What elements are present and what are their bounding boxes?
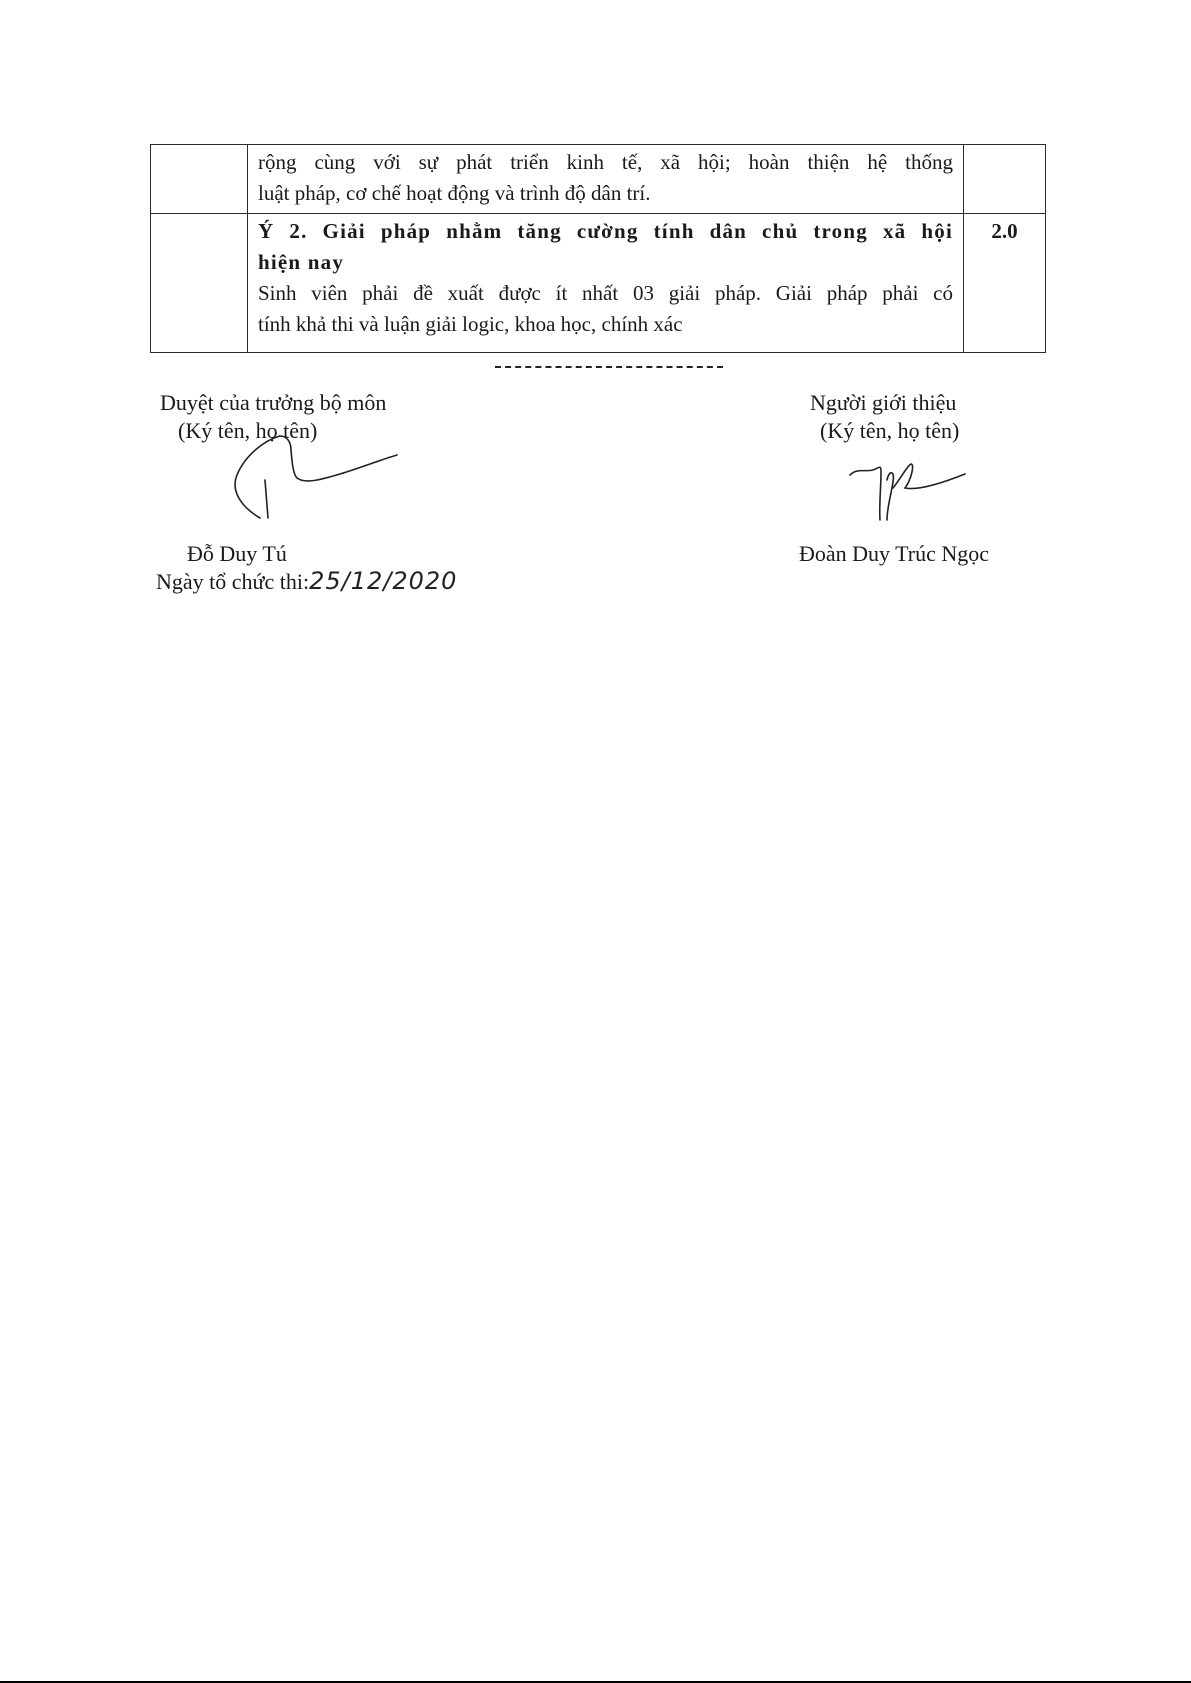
table-row: rộng cùng với sự phát triển kinh tế, xã … — [151, 145, 1046, 214]
table-cell-section — [151, 214, 248, 353]
content-line: rộng cùng với sự phát triển kinh tế, xã … — [258, 147, 953, 178]
content-line: Sinh viên phải đề xuất được ít nhất 03 g… — [258, 278, 953, 309]
approver-name: Đỗ Duy Tú — [187, 540, 287, 568]
score-value: 2.0 — [964, 214, 1045, 244]
table-row: Ý 2. Giải pháp nhằm tăng cường tính dân … — [151, 214, 1046, 353]
presenter-signature-icon — [845, 460, 995, 530]
content-line: tính khả thi và luận giải logic, khoa họ… — [258, 309, 953, 340]
presenter-name: Đoàn Duy Trúc Ngọc — [799, 540, 989, 568]
table-cell-score — [964, 145, 1046, 214]
exam-date: Ngày tổ chức thi:25/12/2020 — [156, 567, 457, 596]
grading-table: rộng cùng với sự phát triển kinh tế, xã … — [150, 144, 1046, 353]
score-value — [964, 145, 1045, 150]
presenter-title: Người giới thiệu — [810, 389, 956, 417]
section-heading: Ý 2. Giải pháp nhằm tăng cường tính dân … — [258, 216, 953, 247]
table-cell-section — [151, 145, 248, 214]
section-heading: hiện nay — [258, 247, 953, 278]
content-line: luật pháp, cơ chế hoạt động và trình độ … — [258, 178, 953, 209]
section-separator — [495, 366, 723, 368]
document-page: rộng cùng với sự phát triển kinh tế, xã … — [0, 0, 1191, 1683]
exam-date-label: Ngày tổ chức thi: — [156, 569, 309, 594]
table-cell-content: Ý 2. Giải pháp nhằm tăng cường tính dân … — [248, 214, 964, 353]
presenter-subtitle: (Ký tên, họ tên) — [820, 417, 959, 445]
exam-date-value: 25/12/2020 — [309, 567, 457, 595]
approver-title: Duyệt của trưởng bộ môn — [160, 389, 386, 417]
approver-signature-icon — [225, 430, 425, 540]
table-cell-content: rộng cùng với sự phát triển kinh tế, xã … — [248, 145, 964, 214]
table-cell-score: 2.0 — [964, 214, 1046, 353]
